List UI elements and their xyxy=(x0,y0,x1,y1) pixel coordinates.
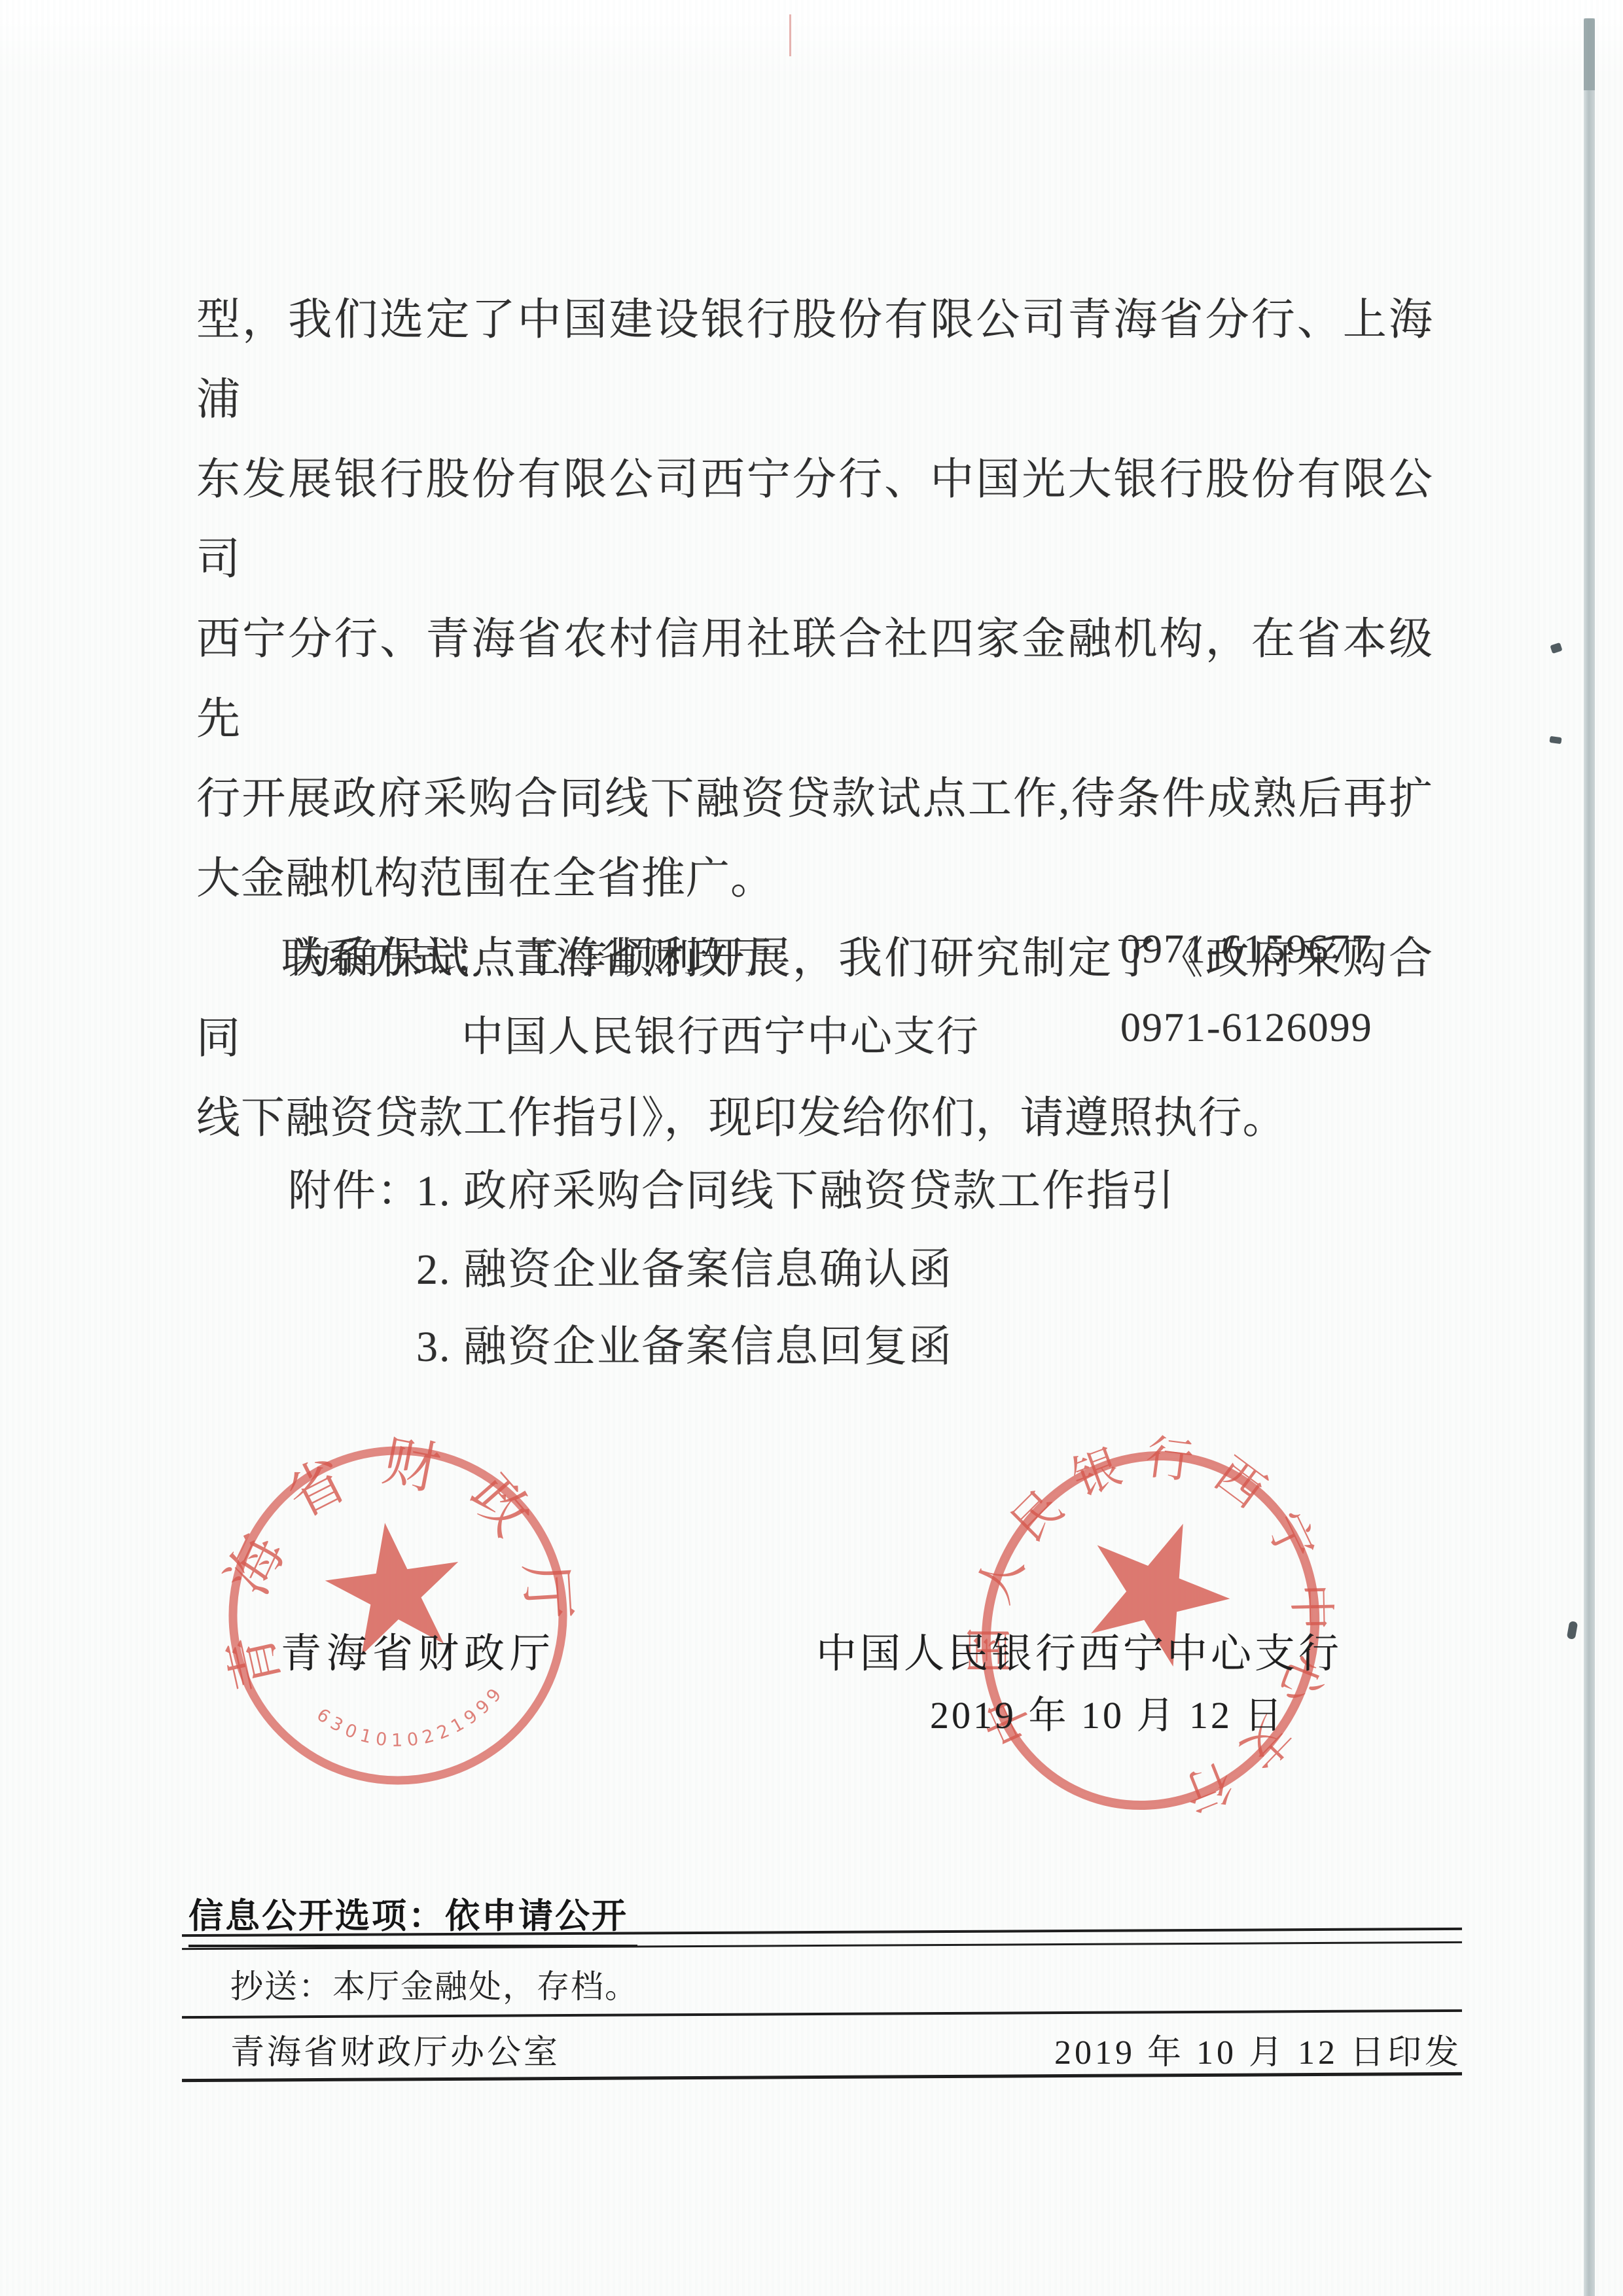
contact-phone: 0971-6126099 xyxy=(1120,1005,1373,1051)
seal-ring xyxy=(215,1432,581,1799)
contact-phone: 0971-6159677 xyxy=(1120,927,1373,973)
ink-speck xyxy=(1567,1621,1578,1640)
issuing-office: 青海省财政厅办公室 xyxy=(230,2024,560,2074)
print-date: 2019 年 10 月 12 日印发 xyxy=(1054,2024,1462,2074)
contact-org: 中国人民银行西宁中心支行 xyxy=(461,1003,980,1063)
scan-edge-line-cap xyxy=(1584,18,1595,90)
attachment-item: 2. 融资企业备案信息确认函 xyxy=(416,1234,953,1296)
body-line: 大金融机构范围在全省推广。 xyxy=(196,839,1433,919)
body-line: 线下融资贷款工作指引》，现印发给你们，请遵照执行。 xyxy=(196,1078,1433,1158)
body-line: 西宁分行、青海省农村信用社联合社四家金融机构，在省本级先 xyxy=(196,599,1433,759)
scanned-official-document-page: { "document": { "body_lines": [ "型，我们选定了… xyxy=(0,0,1623,2296)
seal-serial: 6301010221999 xyxy=(311,1679,515,1763)
disclosure-label: 信息公开选项： xyxy=(188,1897,445,1935)
scan-edge-line-artifact xyxy=(1584,18,1595,2296)
official-seal-left: 青海省财政厅 6301010221999 xyxy=(215,1432,581,1799)
contact-org: 青海省财政厅 xyxy=(513,925,772,985)
signature-org-left: 青海省财政厅 xyxy=(281,1621,556,1679)
cc-line: 抄送：本厅金融处，存档。 xyxy=(230,1960,639,2007)
attachments-label: 附件： xyxy=(288,1156,421,1218)
footer-rule-middle xyxy=(182,2009,1462,2019)
attachment-item: 3. 融资企业备案信息回复函 xyxy=(416,1311,953,1373)
attachment-item: 1. 政府采购合同线下融资贷款工作指引 xyxy=(416,1156,1175,1218)
disclosure-heading: 信息公开选项：依申请公开 xyxy=(188,1888,637,1947)
ink-speck xyxy=(1549,736,1561,744)
disclosure-value: 依申请公开 xyxy=(445,1897,628,1935)
body-line: 东发展银行股份有限公司西宁分行、中国光大银行股份有限公司 xyxy=(196,440,1433,599)
contact-label: 联系方式： xyxy=(281,925,497,985)
footer-rule-bottom xyxy=(182,2072,1462,2082)
red-crease-artifact xyxy=(789,14,791,56)
ink-speck xyxy=(1550,643,1562,654)
body-line: 行开展政府采购合同线下融资贷款试点工作,待条件成熟后再扩 xyxy=(196,759,1433,839)
signature-org-right: 中国人民银行西宁中心支行 xyxy=(816,1621,1342,1679)
body-line: 型，我们选定了中国建设银行股份有限公司青海省分行、上海浦 xyxy=(196,280,1433,440)
signature-date: 2019 年 10 月 12 日 xyxy=(930,1684,1285,1739)
svg-text:6301010221999: 6301010221999 xyxy=(311,1679,515,1763)
